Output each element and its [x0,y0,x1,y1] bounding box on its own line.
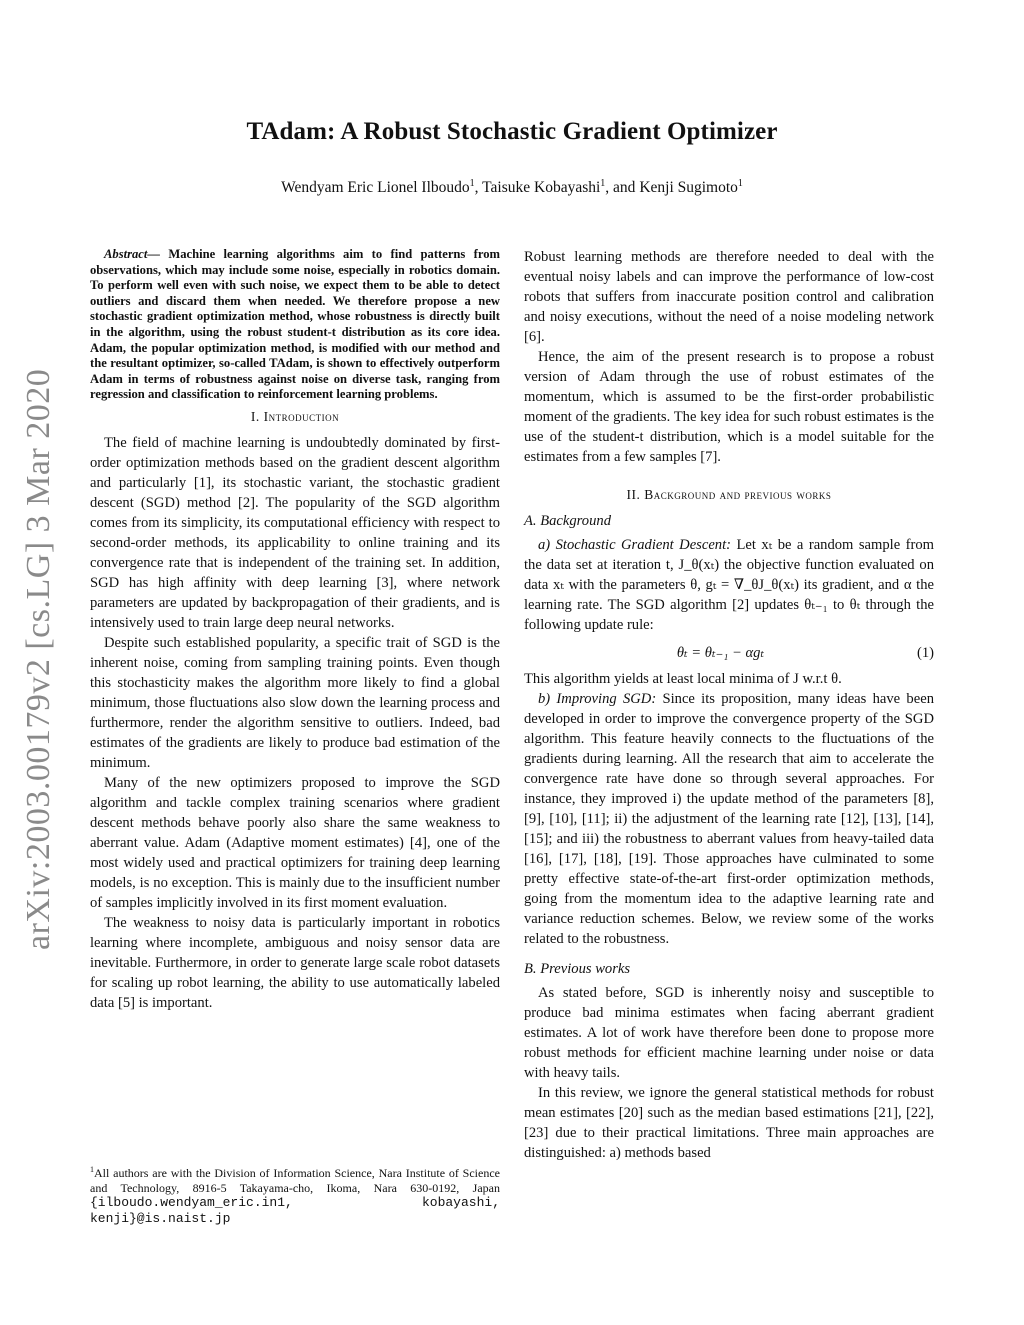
paragraph: Robust learning methods are therefore ne… [524,247,934,347]
arxiv-stamp: arXiv:2003.00179v2 [cs.LG] 3 Mar 2020 [20,369,58,950]
section-heading-introduction: I. Introduction [90,407,500,427]
author-name: Taisuke Kobayashi [482,179,600,196]
footnote: 1All authors are with the Division of In… [90,1163,500,1226]
section-heading-background: II. Background and previous works [524,485,934,505]
author-list: Wendyam Eric Lionel Ilboudo1, Taisuke Ko… [0,178,1024,197]
abstract-label: Abstract— [104,247,160,261]
paragraph: Hence, the aim of the present research i… [524,347,934,467]
equation-body: θₜ = θₜ₋₁ − αgₜ [524,643,917,663]
paragraph: a) Stochastic Gradient Descent: Let xₜ b… [524,535,934,635]
paragraph: The weakness to noisy data is particular… [90,913,500,1013]
section-number: II. [627,487,641,502]
equation-number: (1) [917,643,934,663]
subsection-heading-background: A. Background [524,511,934,531]
left-column: Abstract— Machine learning algorithms ai… [90,247,500,1013]
footnote-text: All authors are with the Division of Inf… [90,1166,500,1195]
paragraph: Many of the new optimizers proposed to i… [90,773,500,913]
paragraph: b) Improving SGD: Since its proposition,… [524,689,934,949]
paragraph: The field of machine learning is undoubt… [90,433,500,633]
section-number: I. [251,409,260,424]
right-column: Robust learning methods are therefore ne… [524,247,934,1163]
author-separator: , and [605,179,639,196]
footnote-emails: {ilboudo.wendyam_eric.in1, kobayashi, ke… [90,1195,500,1226]
affiliation-mark: 1 [738,178,743,189]
section-title: Background and previous works [644,487,831,502]
paragraph-heading: b) Improving SGD: [538,691,656,707]
paper-title: TAdam: A Robust Stochastic Gradient Opti… [0,118,1024,146]
abstract: Abstract— Machine learning algorithms ai… [90,247,500,403]
author-name: Wendyam Eric Lionel Ilboudo [281,179,470,196]
paragraph: In this review, we ignore the general st… [524,1083,934,1163]
author-name: Kenji Sugimoto [639,179,738,196]
paragraph: This algorithm yields at least local min… [524,669,934,689]
paragraph: As stated before, SGD is inherently nois… [524,983,934,1083]
abstract-text: Machine learning algorithms aim to find … [90,247,500,401]
paragraph-text: Since its proposition, many ideas have b… [524,691,934,947]
section-title: Introduction [264,409,340,424]
subsection-heading-previous-works: B. Previous works [524,959,934,979]
equation-1: θₜ = θₜ₋₁ − αgₜ (1) [524,643,934,663]
paragraph: Despite such established popularity, a s… [90,633,500,773]
paragraph-heading: a) Stochastic Gradient Descent: [538,537,731,553]
